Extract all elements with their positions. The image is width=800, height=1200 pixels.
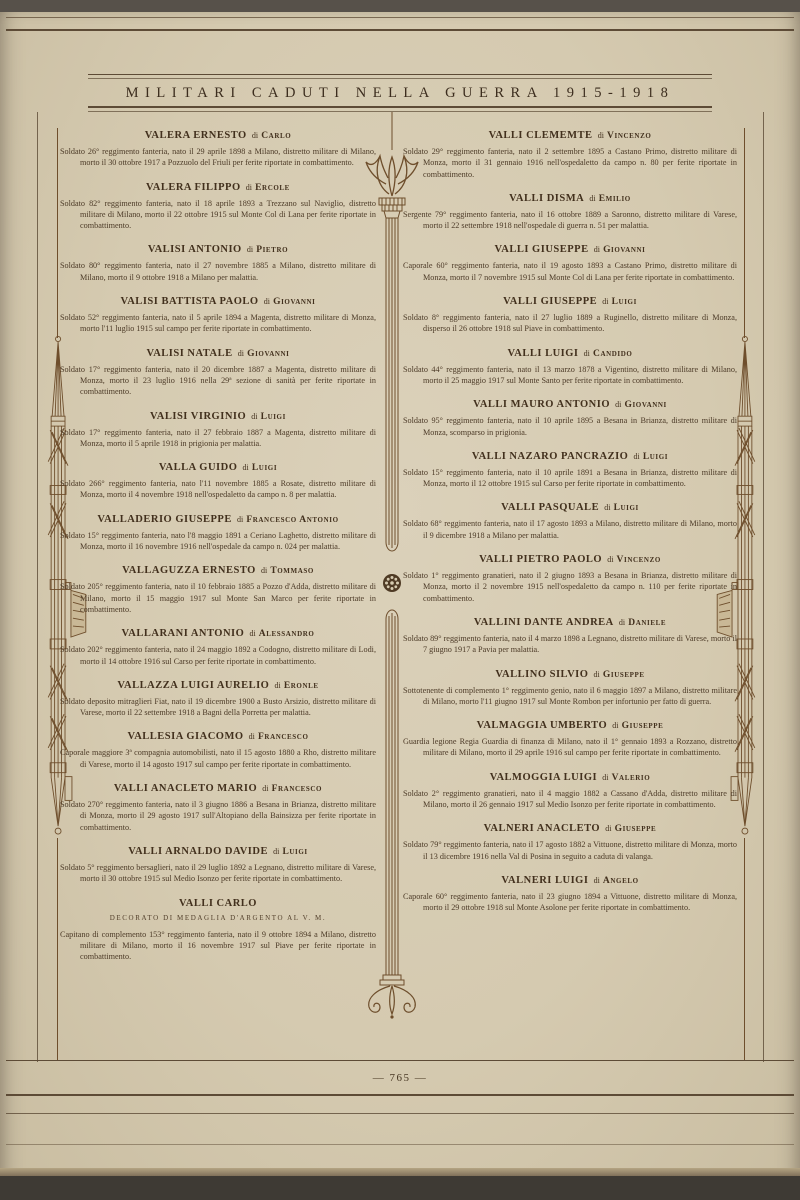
father-name: Luigi (612, 297, 637, 307)
entry-body: Soldato 8° reggimento fanteria, nato il … (403, 312, 737, 335)
patronymic: di Pietro (244, 244, 288, 255)
di-label: di (247, 245, 253, 254)
di-label: di (238, 349, 244, 358)
soldier-entry: VALLAZZA LUIGI AURELIO di Eronle Soldato… (60, 680, 376, 719)
father-name: Luigi (614, 503, 639, 513)
soldier-entry: VALLARANI ANTONIO di Alessandro Soldato … (60, 628, 376, 667)
soldier-name: VALLI ARNALDO DAVIDE (128, 846, 268, 857)
father-name: Francesco Antonio (246, 515, 338, 525)
entry-body: Caporale maggiore 3ª compagnia automobil… (60, 747, 376, 770)
top-rule-thick (6, 29, 794, 31)
soldier-entry: VALLI LUIGI di Candido Soldato 44° reggi… (403, 348, 737, 387)
di-label: di (264, 297, 270, 306)
soldier-entry: VALLI ANACLETO MARIO di Francesco Soldat… (60, 783, 376, 833)
di-label: di (274, 681, 280, 690)
entry-body: Soldato 79° reggimento fanteria, nato il… (403, 839, 737, 862)
di-label: di (604, 503, 610, 512)
entry-heading: VALNERI LUIGI di Angelo (403, 875, 737, 886)
patronymic: di Francesco (259, 783, 322, 794)
father-name: Luigi (261, 412, 286, 422)
patronymic: di Vincenzo (604, 554, 661, 565)
content-bottom-rule (6, 1060, 794, 1061)
soldier-entry: VALERA ERNESTO di Carlo Soldato 26° regg… (60, 130, 376, 169)
soldier-name: VALLARANI ANTONIO (122, 628, 245, 639)
soldier-entry: VALLI GIUSEPPE di Luigi Soldato 8° reggi… (403, 296, 737, 335)
entry-heading: VALNERI ANACLETO di Giuseppe (403, 823, 737, 834)
patronymic: di Daniele (616, 617, 666, 628)
father-name: Luigi (282, 847, 307, 857)
entry-body: Soldato 44° reggimento fanteria, nato il… (403, 364, 737, 387)
soldier-entry: VALNERI ANACLETO di Giuseppe Soldato 79°… (403, 823, 737, 862)
father-name: Luigi (252, 463, 277, 473)
soldier-name: VALLESIA GIACOMO (127, 731, 243, 742)
entry-body: Guardia legione Regia Guardia di finanza… (403, 736, 737, 759)
soldier-name: VALLAZZA LUIGI AURELIO (117, 680, 269, 691)
entry-body: Sergente 79° reggimento fanteria, nato i… (403, 209, 737, 232)
soldier-entry: VALLI MAURO ANTONIO di Giovanni Soldato … (403, 399, 737, 438)
entry-heading: VALMOGGIA LUIGI di Valerio (403, 772, 737, 783)
soldier-name: VALLI NAZARO PANCRAZIO (472, 451, 628, 462)
entry-body: Soldato 266° reggimento fanteria, nato l… (60, 478, 376, 501)
father-name: Giovanni (273, 297, 315, 307)
left-stem-line (57, 128, 58, 338)
entry-heading: VALLI GIUSEPPE di Giovanni (403, 244, 737, 255)
entry-heading: VALLI NAZARO PANCRAZIO di Luigi (403, 451, 737, 462)
soldier-name: VALISI VIRGINIO (150, 411, 246, 422)
soldier-entry: VALLINI DANTE ANDREA di Daniele Soldato … (403, 617, 737, 656)
soldier-entry: VALLI PIETRO PAOLO di Vincenzo Soldato 1… (403, 554, 737, 604)
di-label: di (619, 618, 625, 627)
father-name: Alessandro (259, 629, 315, 639)
soldier-name: VALLI PASQUALE (501, 502, 599, 513)
entry-heading: VALLINI DANTE ANDREA di Daniele (403, 617, 737, 628)
entry-heading: VALLI DISMA di Emilio (403, 193, 737, 204)
soldier-entry: VALERA FILIPPO di Ercole Soldato 82° reg… (60, 182, 376, 232)
patronymic: di Valerio (599, 772, 650, 783)
soldier-name: VALLADERIO GIUSEPPE (97, 514, 231, 525)
title-rule-below (88, 106, 712, 108)
patronymic: di Vincenzo (595, 130, 652, 141)
soldier-name: VALLI CARLO (179, 898, 257, 909)
soldier-name: VALISI ANTONIO (148, 244, 242, 255)
right-stem-line (744, 128, 745, 338)
patronymic: di Francesco Antonio (234, 514, 339, 525)
di-label: di (252, 131, 258, 140)
father-name: Tommaso (270, 566, 314, 576)
di-label: di (633, 452, 639, 461)
soldier-entry: VALLI PASQUALE di Luigi Soldato 68° regg… (403, 502, 737, 541)
di-label: di (246, 183, 252, 192)
entry-body: Soldato 52° reggimento fanteria, nato il… (60, 312, 376, 335)
father-name: Angelo (603, 876, 639, 886)
entry-body: Soldato 68° reggimento fanteria, nato il… (403, 518, 737, 541)
soldier-entry: VALNERI LUIGI di Angelo Caporale 60° reg… (403, 875, 737, 914)
patronymic: di Francesco (246, 731, 309, 742)
entry-heading: VALMAGGIA UMBERTO di Giuseppe (403, 720, 737, 731)
soldier-name: VALERA FILIPPO (146, 182, 241, 193)
entry-body: Soldato deposito mitraglieri Fiat, nato … (60, 696, 376, 719)
patronymic: di Giuseppe (590, 669, 644, 680)
di-label: di (249, 629, 255, 638)
entry-heading: VALLI PASQUALE di Luigi (403, 502, 737, 513)
entry-body: Soldato 17° reggimento fanteria, nato il… (60, 364, 376, 398)
soldier-name: VALLI DISMA (509, 193, 584, 204)
entry-heading: VALLI PIETRO PAOLO di Vincenzo (403, 554, 737, 565)
patronymic: di Giovanni (612, 399, 667, 410)
soldier-entry: VALLADERIO GIUSEPPE di Francesco Antonio… (60, 514, 376, 553)
entry-heading: VALLARANI ANTONIO di Alessandro (60, 628, 376, 639)
patronymic: di Luigi (248, 411, 286, 422)
page-number: — 765 — (0, 1072, 800, 1084)
entry-heading: VALLI MAURO ANTONIO di Giovanni (403, 399, 737, 410)
entry-heading: VALERA FILIPPO di Ercole (60, 182, 376, 193)
entry-heading: VALLAZZA LUIGI AURELIO di Eronle (60, 680, 376, 691)
di-label: di (615, 400, 621, 409)
soldier-name: VALLI ANACLETO MARIO (114, 783, 257, 794)
father-name: Giovanni (603, 245, 645, 255)
di-label: di (584, 349, 590, 358)
soldier-entry: VALLI CLEMEMTE di Vincenzo Soldato 29° r… (403, 130, 737, 180)
patronymic: di Luigi (599, 296, 637, 307)
father-name: Giuseppe (622, 721, 664, 731)
right-stem-line-lower (744, 838, 745, 1060)
title-rule-above (88, 74, 712, 75)
father-name: Daniele (628, 618, 666, 628)
soldier-name: VALMAGGIA UMBERTO (477, 720, 608, 731)
di-label: di (249, 732, 255, 741)
patronymic: di Carlo (249, 130, 292, 141)
entry-heading: VALLAGUZZA ERNESTO di Tommaso (60, 565, 376, 576)
frame-line-right (763, 112, 764, 1062)
father-name: Pietro (256, 245, 288, 255)
father-name: Carlo (261, 131, 291, 141)
father-name: Candido (593, 349, 632, 359)
entry-body: Soldato 82° reggimento fanteria, nato il… (60, 198, 376, 232)
soldier-name: VALERA ERNESTO (145, 130, 247, 141)
patronymic: di Candido (581, 348, 633, 359)
entry-body: Soldato 26° reggimento fanteria, nato il… (60, 146, 376, 169)
soldier-name: VALLI PIETRO PAOLO (479, 554, 602, 565)
soldier-name: VALISI NATALE (146, 348, 232, 359)
patronymic: di Giovanni (591, 244, 646, 255)
di-label: di (594, 245, 600, 254)
soldier-name: VALNERI ANACLETO (484, 823, 600, 834)
patronymic: di Alessandro (246, 628, 314, 639)
entry-body: Soldato 17° reggimento fanteria, nato il… (60, 427, 376, 450)
di-label: di (602, 297, 608, 306)
entry-body: Capitano di complemento 153° reggimento … (60, 929, 376, 963)
entry-body: Caporale 60° reggimento fanteria, nato i… (403, 260, 737, 283)
soldier-name: VALLI MAURO ANTONIO (473, 399, 610, 410)
di-label: di (607, 555, 613, 564)
soldier-entry: VALMOGGIA LUIGI di Valerio Soldato 2° re… (403, 772, 737, 811)
di-label: di (273, 847, 279, 856)
entry-body: Soldato 95° reggimento fanteria, nato il… (403, 415, 737, 438)
entry-body: Soldato 270° reggimento fanteria, nato i… (60, 799, 376, 833)
soldier-entry: VALLI DISMA di Emilio Sergente 79° reggi… (403, 193, 737, 232)
footer-rule-3 (6, 1144, 794, 1145)
entry-heading: VALISI VIRGINIO di Luigi (60, 411, 376, 422)
father-name: Francesco (272, 784, 323, 794)
father-name: Giuseppe (603, 670, 645, 680)
entry-heading: VALLESIA GIACOMO di Francesco (60, 731, 376, 742)
soldier-entry: VALLI ARNALDO DAVIDE di Luigi Soldato 5°… (60, 846, 376, 885)
soldier-name: VALLAGUZZA ERNESTO (122, 565, 256, 576)
soldier-name: VALLI CLEMEMTE (489, 130, 593, 141)
soldier-entry: VALLA GUIDO di Luigi Soldato 266° reggim… (60, 462, 376, 501)
entry-heading: VALLI ARNALDO DAVIDE di Luigi (60, 846, 376, 857)
father-name: Vincenzo (617, 555, 661, 565)
di-label: di (237, 515, 243, 524)
di-label: di (243, 463, 249, 472)
di-label: di (602, 773, 608, 782)
column-left: VALERA ERNESTO di Carlo Soldato 26° regg… (60, 130, 376, 975)
entry-body: Soldato 205° reggimento fanteria, nato i… (60, 581, 376, 615)
soldier-name: VALMOGGIA LUIGI (490, 772, 597, 783)
entry-body: Soldato 5° reggimento bersaglieri, nato … (60, 862, 376, 885)
soldier-name: VALLI GIUSEPPE (495, 244, 589, 255)
book-page-photo: MILITARI CADUTI NELLA GUERRA 1915-1918 (0, 0, 800, 1200)
entry-heading: VALLI CARLO (60, 898, 376, 909)
entry-heading: VALLINO SILVIO di Giuseppe (403, 669, 737, 680)
photo-backdrop-top (0, 0, 800, 12)
father-name: Luigi (643, 452, 668, 462)
father-name: Eronle (284, 681, 319, 691)
di-label: di (251, 412, 257, 421)
patronymic: di Angelo (590, 875, 638, 886)
father-name: Francesco (258, 732, 309, 742)
father-name: Giovanni (624, 400, 666, 410)
column-right: VALLI CLEMEMTE di Vincenzo Soldato 29° r… (403, 130, 737, 927)
soldier-entry: VALISI BATTISTA PAOLO di Giovanni Soldat… (60, 296, 376, 335)
entry-body: Soldato 80° reggimento fanteria, nato il… (60, 260, 376, 283)
patronymic: di Emilio (586, 193, 631, 204)
father-name: Vincenzo (607, 131, 651, 141)
soldier-entry: VALLI CARLO DECORATO DI MEDAGLIA D'ARGEN… (60, 898, 376, 963)
entry-body: Soldato 29° reggimento fanteria, nato il… (403, 146, 737, 180)
entry-heading: VALLI CLEMEMTE di Vincenzo (403, 130, 737, 141)
photo-backdrop-bottom (0, 1176, 800, 1200)
soldier-entry: VALLAGUZZA ERNESTO di Tommaso Soldato 20… (60, 565, 376, 615)
title-rule-above-2 (88, 78, 712, 79)
entry-heading: VALISI NATALE di Giovanni (60, 348, 376, 359)
patronymic: di Giovanni (261, 296, 316, 307)
father-name: Giuseppe (615, 824, 657, 834)
entry-heading: VALLI GIUSEPPE di Luigi (403, 296, 737, 307)
patronymic: di Giovanni (235, 348, 290, 359)
patronymic: di Luigi (601, 502, 639, 513)
soldier-name: VALLA GUIDO (159, 462, 238, 473)
father-name: Ercole (255, 183, 290, 193)
page-title: MILITARI CADUTI NELLA GUERRA 1915-1918 (88, 85, 712, 102)
di-label: di (594, 670, 600, 679)
entry-heading: VALLI ANACLETO MARIO di Francesco (60, 783, 376, 794)
entry-heading: VALLADERIO GIUSEPPE di Francesco Antonio (60, 514, 376, 525)
soldier-entry: VALMAGGIA UMBERTO di Giuseppe Guardia le… (403, 720, 737, 759)
frame-line-left (37, 112, 38, 1062)
soldier-name: VALLI GIUSEPPE (503, 296, 597, 307)
di-label: di (594, 876, 600, 885)
soldier-entry: VALISI NATALE di Giovanni Soldato 17° re… (60, 348, 376, 398)
entry-body: Soldato 2° reggimento granatieri, nato i… (403, 788, 737, 811)
left-stem-line-lower (57, 838, 58, 1060)
entry-body: Soldato 89° reggimento fanteria, nato il… (403, 633, 737, 656)
di-label: di (589, 194, 595, 203)
di-label: di (262, 784, 268, 793)
patronymic: di Luigi (630, 451, 668, 462)
father-name: Giovanni (247, 349, 289, 359)
patronymic: di Giuseppe (602, 823, 656, 834)
soldier-entry: VALISI ANTONIO di Pietro Soldato 80° reg… (60, 244, 376, 283)
soldier-name: VALISI BATTISTA PAOLO (121, 296, 259, 307)
entry-body: Caporale 60° reggimento fanteria, nato i… (403, 891, 737, 914)
entry-heading: VALISI ANTONIO di Pietro (60, 244, 376, 255)
di-label: di (612, 721, 618, 730)
soldier-entry: VALLI NAZARO PANCRAZIO di Luigi Soldato … (403, 451, 737, 490)
entry-heading: VALISI BATTISTA PAOLO di Giovanni (60, 296, 376, 307)
soldier-entry: VALLINO SILVIO di Giuseppe Sottotenente … (403, 669, 737, 708)
di-label: di (261, 566, 267, 575)
footer-rule-2 (6, 1113, 794, 1114)
entry-body: Soldato 15° reggimento fanteria, nato il… (403, 467, 737, 490)
di-label: di (598, 131, 604, 140)
soldier-entry: VALISI VIRGINIO di Luigi Soldato 17° reg… (60, 411, 376, 450)
entry-body: Soldato 15° reggimento fanteria, nato l'… (60, 530, 376, 553)
entry-body: Soldato 202° reggimento fanteria, nato i… (60, 644, 376, 667)
soldier-name: VALLINO SILVIO (495, 669, 588, 680)
patronymic: di Giuseppe (609, 720, 663, 731)
page-stack-edge (0, 1168, 800, 1176)
patronymic: di Luigi (270, 846, 308, 857)
entry-heading: VALLA GUIDO di Luigi (60, 462, 376, 473)
entry-body: Sottotenente di complemento 1° reggiment… (403, 685, 737, 708)
father-name: Valerio (612, 773, 651, 783)
soldier-entry: VALLESIA GIACOMO di Francesco Caporale m… (60, 731, 376, 770)
entry-body: Soldato 1° reggimento granatieri, nato i… (403, 570, 737, 604)
patronymic: di Luigi (239, 462, 277, 473)
patronymic: di Eronle (271, 680, 318, 691)
soldier-name: VALNERI LUIGI (501, 875, 588, 886)
patronymic: di Tommaso (258, 565, 314, 576)
patronymic: di Ercole (243, 182, 290, 193)
father-name: Emilio (599, 194, 631, 204)
decoration-line: DECORATO DI MEDAGLIA D'ARGENTO AL V. M. (60, 914, 376, 922)
entry-heading: VALERA ERNESTO di Carlo (60, 130, 376, 141)
footer-rule-1 (6, 1094, 794, 1096)
di-label: di (605, 824, 611, 833)
soldier-name: VALLI LUIGI (508, 348, 579, 359)
entry-heading: VALLI LUIGI di Candido (403, 348, 737, 359)
soldier-name: VALLINI DANTE ANDREA (474, 617, 614, 628)
top-rule (6, 17, 794, 18)
soldier-entry: VALLI GIUSEPPE di Giovanni Caporale 60° … (403, 244, 737, 283)
